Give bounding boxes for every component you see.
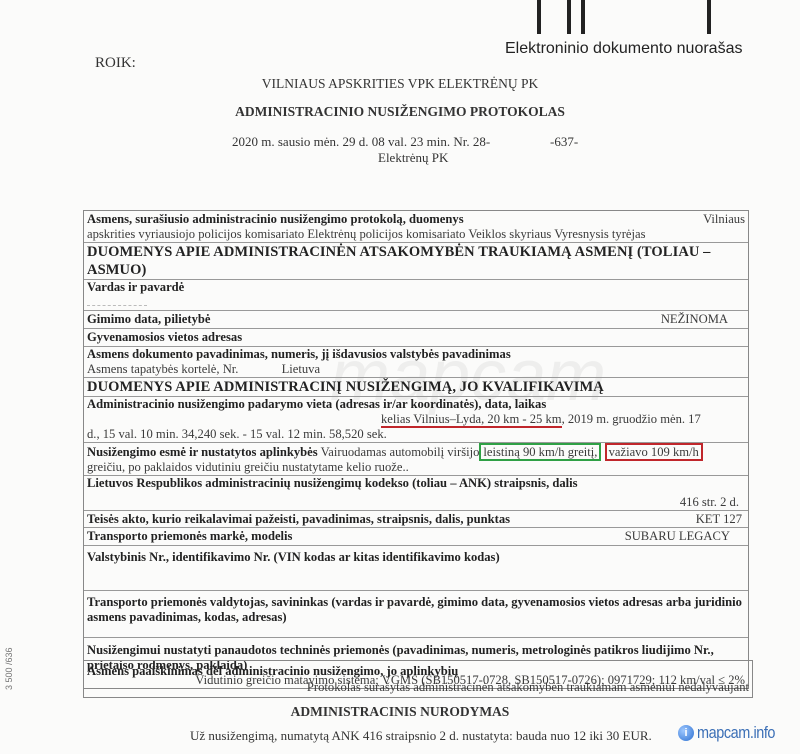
plate-label: Valstybinis Nr., identifikavimo Nr. (VIN… xyxy=(87,550,745,565)
document-type: Asmens tapatybės kortelė, Nr. xyxy=(87,362,238,376)
name-label: Vardas ir pavardė xyxy=(87,280,745,295)
essence-row: Nusižengimo esmė ir nustatytos aplinkybė… xyxy=(84,443,748,476)
essence-text-a: Vairuodamas automobilį viršijo xyxy=(321,445,480,459)
speed-limit-highlight: leistiną 90 km/h greitį, xyxy=(479,443,601,461)
ank-label: Lietuvos Respublikos administracinių nus… xyxy=(87,476,745,491)
plate-row: Valstybinis Nr., identifikavimo Nr. (VIN… xyxy=(84,546,748,591)
mapcam-logo: i mapcam.info xyxy=(678,723,789,743)
section-offence-header: DUOMENYS APIE ADMINISTRACINĮ NUSIŽENGIMĄ… xyxy=(84,378,748,397)
explanation-box: Asmens paaiškinimas dėl administracinio … xyxy=(83,660,753,698)
info-icon: i xyxy=(678,725,694,741)
barcode-bar xyxy=(567,0,571,34)
vehicle-value: SUBARU LEGACY xyxy=(625,528,730,545)
officer-value: apskrities vyriausiojo policijos komisar… xyxy=(87,227,745,242)
protocol-place: Elektrėnų PK xyxy=(378,150,448,166)
vehicle-label: Transporto priemonės markė, modelis xyxy=(87,529,292,543)
owner-row: Transporto priemonės valdytojas, savinin… xyxy=(84,591,748,638)
redacted-name xyxy=(87,305,147,306)
document-values: Asmens tapatybės kortelė, Nr. Lietuva xyxy=(87,362,745,377)
name-row: Vardas ir pavardė xyxy=(84,280,748,311)
roik-label: ROIK: xyxy=(95,55,136,72)
logo-text: mapcam.info xyxy=(697,723,775,743)
barcode-bar xyxy=(537,0,541,34)
legal-act-row: Teisės akto, kurio reikalavimai pažeisti… xyxy=(84,511,748,528)
location-row: Administracinio nusižengimo padarymo vie… xyxy=(84,397,748,443)
officer-value-start: Vilniaus xyxy=(703,212,745,227)
birth-label: Gimimo data, pilietybė xyxy=(87,312,210,326)
protocol-table: Asmens, surašiusio administracinio nusiž… xyxy=(83,210,749,689)
protocol-number-suffix: -637- xyxy=(550,134,578,150)
officer-row: Asmens, surašiusio administracinio nusiž… xyxy=(84,211,748,243)
explanation-label: Asmens paaiškinimas dėl administracinio … xyxy=(87,663,749,679)
ank-value: 416 str. 2 d. xyxy=(87,491,745,510)
actual-speed-highlight: važiavo 109 km/h xyxy=(605,443,703,461)
protocol-date-line: 2020 m. sausio mėn. 29 d. 08 val. 23 min… xyxy=(232,134,490,150)
owner-label: Transporto priemonės valdytojas, savinin… xyxy=(87,595,745,625)
officer-label: Asmens, surašiusio administracinio nusiž… xyxy=(87,212,464,226)
location-date: , 2019 m. gruodžio mėn. 17 xyxy=(562,412,701,426)
birth-value: NEŽINOMA xyxy=(661,311,728,328)
order-title: ADMINISTRACINIS NURODYMAS xyxy=(0,704,800,720)
margin-print-code: 3 500 /636 xyxy=(4,647,14,690)
legal-act-label: Teisės akto, kurio reikalavimai pažeisti… xyxy=(87,512,510,526)
location-place-highlight: kelias Vilnius–Lyda, 20 km - 25 km xyxy=(381,412,562,428)
document-row: Asmens dokumento pavadinimas, numeris, j… xyxy=(84,347,748,378)
barcode-bar xyxy=(707,0,711,34)
vehicle-row: Transporto priemonės markė, modelis SUBA… xyxy=(84,528,748,546)
order-text: Už nusižengimą, numatytą ANK 416 straips… xyxy=(190,728,652,744)
essence-text-b: greičiu, po paklaidos vidutiniu greičiu … xyxy=(87,460,745,475)
organization-name: VILNIAUS APSKRITIES VPK ELEKTRĖNŲ PK xyxy=(0,76,800,92)
document-country: Lietuva xyxy=(282,362,320,376)
ank-row: Lietuvos Respublikos administracinių nus… xyxy=(84,476,748,511)
location-label: Administracinio nusižengimo padarymo vie… xyxy=(87,397,745,412)
location-line: kelias Vilnius–Lyda, 20 km - 25 km, 2019… xyxy=(87,412,745,427)
location-time: d., 15 val. 10 min. 34,240 sek. - 15 val… xyxy=(87,427,745,442)
document-title: ADMINISTRACINIO NUSIŽENGIMO PROTOKOLAS xyxy=(0,104,800,120)
document-label: Asmens dokumento pavadinimas, numeris, j… xyxy=(87,347,745,362)
essence-label: Nusižengimo esmė ir nustatytos aplinkybė… xyxy=(87,445,318,459)
address-row: Gyvenamosios vietos adresas xyxy=(84,329,748,347)
section-person-header: DUOMENYS APIE ADMINISTRACINĖN ATSAKOMYBĖ… xyxy=(84,243,748,280)
electronic-copy-label: Elektroninio dokumento nuorašas xyxy=(505,40,742,58)
explanation-value: Protokolas surašytas administracinėn ats… xyxy=(87,679,749,695)
address-label: Gyvenamosios vietos adresas xyxy=(87,330,242,344)
legal-act-value: KET 127 xyxy=(696,511,742,527)
barcode-bar xyxy=(581,0,585,34)
birth-row: Gimimo data, pilietybė NEŽINOMA xyxy=(84,311,748,329)
